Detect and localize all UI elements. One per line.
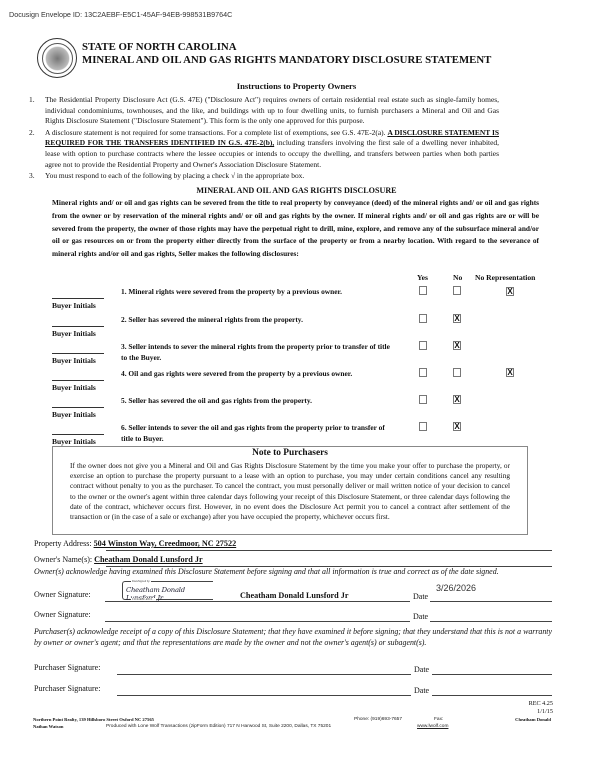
- date-label: Date: [414, 665, 429, 674]
- footer-file-name: Cheatham Donald: [515, 717, 551, 722]
- buyer-initials-line[interactable]: [52, 326, 104, 327]
- form-code-block: REC 4.25 1/1/15: [529, 700, 553, 716]
- owner-names-label: Owner's Name(s):: [34, 555, 92, 564]
- purchaser-signature-row-2: Purchaser Signature: Date: [34, 684, 552, 698]
- property-address-row: Property Address: 504 Winston Way, Creed…: [34, 539, 552, 551]
- owner-printed-name: Cheatham Donald Lunsford Jr: [240, 591, 349, 600]
- question-text: 3. Seller intends to sever the mineral r…: [121, 341, 391, 363]
- buyer-initials-line[interactable]: [52, 407, 104, 408]
- column-header-yes: Yes: [417, 273, 428, 282]
- note-body: If the owner does not give you a Mineral…: [70, 461, 510, 522]
- instruction-item: 2. A disclosure statement is not require…: [29, 128, 499, 170]
- purchaser-signature-label: Purchaser Signature:: [34, 684, 100, 693]
- buyer-initials-label: Buyer Initials: [52, 329, 96, 338]
- nc-state-seal-icon: [37, 38, 77, 78]
- footer-produced-by: Produced with Lone Wolf Transactions (zi…: [106, 724, 331, 729]
- owner-date-line[interactable]: [430, 621, 552, 622]
- question-text: 1. Mineral rights were severed from the …: [121, 286, 391, 297]
- owner-acknowledgement: Owner(s) acknowledge having examined thi…: [34, 567, 552, 578]
- purchaser-date-line[interactable]: [432, 674, 552, 675]
- checkbox-no[interactable]: X: [453, 341, 461, 350]
- checkbox-yes[interactable]: [419, 422, 427, 431]
- buyer-initials-line[interactable]: [52, 434, 104, 435]
- disclosure-heading: MINERAL AND OIL AND GAS RIGHTS DISCLOSUR…: [0, 186, 593, 195]
- checkbox-yes[interactable]: [419, 368, 427, 377]
- form-code: REC 4.25: [529, 700, 553, 708]
- checkbox-no[interactable]: X: [453, 314, 461, 323]
- checkbox-yes[interactable]: [419, 286, 427, 295]
- question-text: 4. Oil and gas rights were severed from …: [121, 368, 391, 379]
- checkbox-no[interactable]: [453, 368, 461, 377]
- checkbox-no[interactable]: X: [453, 395, 461, 404]
- docusign-signature-box[interactable]: DocuSigned by: Cheatham Donald Lunsford …: [122, 581, 213, 600]
- owner-signature-row-1: Owner Signature: Cheatham Donald Lunsfor…: [34, 590, 552, 604]
- owner-date-field[interactable]: 3/26/2026: [436, 583, 476, 593]
- footer-fax: Fax:: [434, 717, 443, 722]
- owner-signature-label: Owner Signature:: [34, 590, 91, 599]
- date-label: Date: [414, 686, 429, 695]
- checkbox-yes[interactable]: [419, 314, 427, 323]
- instruction-text: The Residential Property Disclosure Act …: [45, 95, 499, 125]
- purchaser-signature-line[interactable]: [117, 674, 411, 675]
- disclosure-question-row: Buyer Initials5. Seller has severed the …: [0, 394, 593, 424]
- form-date: 1/1/15: [529, 708, 553, 716]
- buyer-initials-line[interactable]: [52, 298, 104, 299]
- disclosure-question-row: Buyer Initials4. Oil and gas rights were…: [0, 367, 593, 397]
- owner-names-row: Owner's Name(s): Cheatham Donald Lunsfor…: [34, 555, 552, 567]
- signature-tag-top: DocuSigned by:: [131, 580, 151, 583]
- instruction-text: A disclosure statement is not required f…: [45, 128, 387, 137]
- docusign-envelope-id: Docusign Envelope ID: 13C2AEBF-E5C1-45AF…: [9, 10, 232, 19]
- date-label: Date: [413, 612, 428, 621]
- owner-signature-label: Owner Signature:: [34, 610, 91, 619]
- purchaser-signature-row-1: Purchaser Signature: Date: [34, 663, 552, 677]
- checkbox-no[interactable]: X: [453, 422, 461, 431]
- property-address-field[interactable]: 504 Winston Way, Creedmoor, NC 27522: [94, 539, 237, 548]
- note-title: Note to Purchasers: [53, 448, 527, 458]
- instruction-item: 1. The Residential Property Disclosure A…: [29, 95, 499, 127]
- date-label: Date: [413, 592, 428, 601]
- checkbox-yes[interactable]: [419, 341, 427, 350]
- owner-names-field[interactable]: Cheatham Donald Lunsford Jr: [94, 555, 203, 564]
- instruction-number: 2.: [29, 128, 35, 139]
- disclosure-question-row: Buyer Initials3. Seller intends to sever…: [0, 340, 593, 370]
- purchaser-signature-line[interactable]: [117, 695, 411, 696]
- checkbox-no[interactable]: [453, 286, 461, 295]
- form-title: MINERAL AND OIL AND GAS RIGHTS MANDATORY…: [82, 54, 491, 66]
- property-address-line: [106, 550, 552, 551]
- footer-agent: Nathan Watson: [33, 724, 63, 729]
- disclosure-body: Mineral rights and/ or oil and gas right…: [52, 197, 539, 261]
- buyer-initials-line[interactable]: [52, 380, 104, 381]
- footer-website-link[interactable]: www.lwolf.com: [417, 724, 448, 729]
- buyer-initials-label: Buyer Initials: [52, 383, 96, 392]
- instruction-item: 3. You must respond to each of the follo…: [29, 171, 499, 182]
- disclosure-question-row: Buyer Initials1. Mineral rights were sev…: [0, 285, 593, 315]
- buyer-initials-label: Buyer Initials: [52, 301, 96, 310]
- instruction-number: 3.: [29, 171, 35, 182]
- owner-signature-line[interactable]: [105, 621, 410, 622]
- column-header-no-representation: No Representation: [475, 273, 535, 282]
- checkbox-no-representation[interactable]: X: [506, 368, 514, 377]
- buyer-initials-label: Buyer Initials: [52, 356, 96, 365]
- buyer-initials-line[interactable]: [52, 353, 104, 354]
- column-header-no: No: [453, 273, 462, 282]
- question-text: 5. Seller has severed the oil and gas ri…: [121, 395, 391, 406]
- question-text: 6. Seller intends to sever the oil and g…: [121, 422, 391, 444]
- buyer-initials-label: Buyer Initials: [52, 437, 96, 446]
- signature-tag-bottom: 13C2AEBF-E5C1...: [131, 598, 156, 601]
- form-state-title: STATE OF NORTH CAROLINA: [82, 41, 237, 53]
- checkbox-no-representation[interactable]: X: [506, 287, 514, 296]
- instructions-heading: Instructions to Property Owners: [0, 81, 593, 91]
- owner-signature-row-2: Owner Signature: Date: [34, 610, 552, 624]
- buyer-initials-label: Buyer Initials: [52, 410, 96, 419]
- footer-phone: Phone: (919)693-7657: [354, 717, 402, 722]
- checkbox-yes[interactable]: [419, 395, 427, 404]
- purchaser-acknowledgement: Purchaser(s) acknowledge receipt of a co…: [34, 627, 552, 648]
- disclosure-question-row: Buyer Initials2. Seller has severed the …: [0, 313, 593, 343]
- owner-date-line: [430, 601, 552, 602]
- purchaser-date-line[interactable]: [432, 695, 552, 696]
- instructions-list: 1. The Residential Property Disclosure A…: [29, 95, 499, 183]
- property-address-label: Property Address:: [34, 539, 92, 548]
- instruction-number: 1.: [29, 95, 35, 106]
- question-text: 2. Seller has severed the mineral rights…: [121, 314, 391, 325]
- footer-brokerage: Northern Point Realty, 139 Hillsboro Str…: [33, 717, 154, 722]
- instruction-text: You must respond to each of the followin…: [45, 171, 304, 180]
- note-to-purchasers: Note to Purchasers If the owner does not…: [52, 446, 528, 535]
- purchaser-signature-label: Purchaser Signature:: [34, 663, 100, 672]
